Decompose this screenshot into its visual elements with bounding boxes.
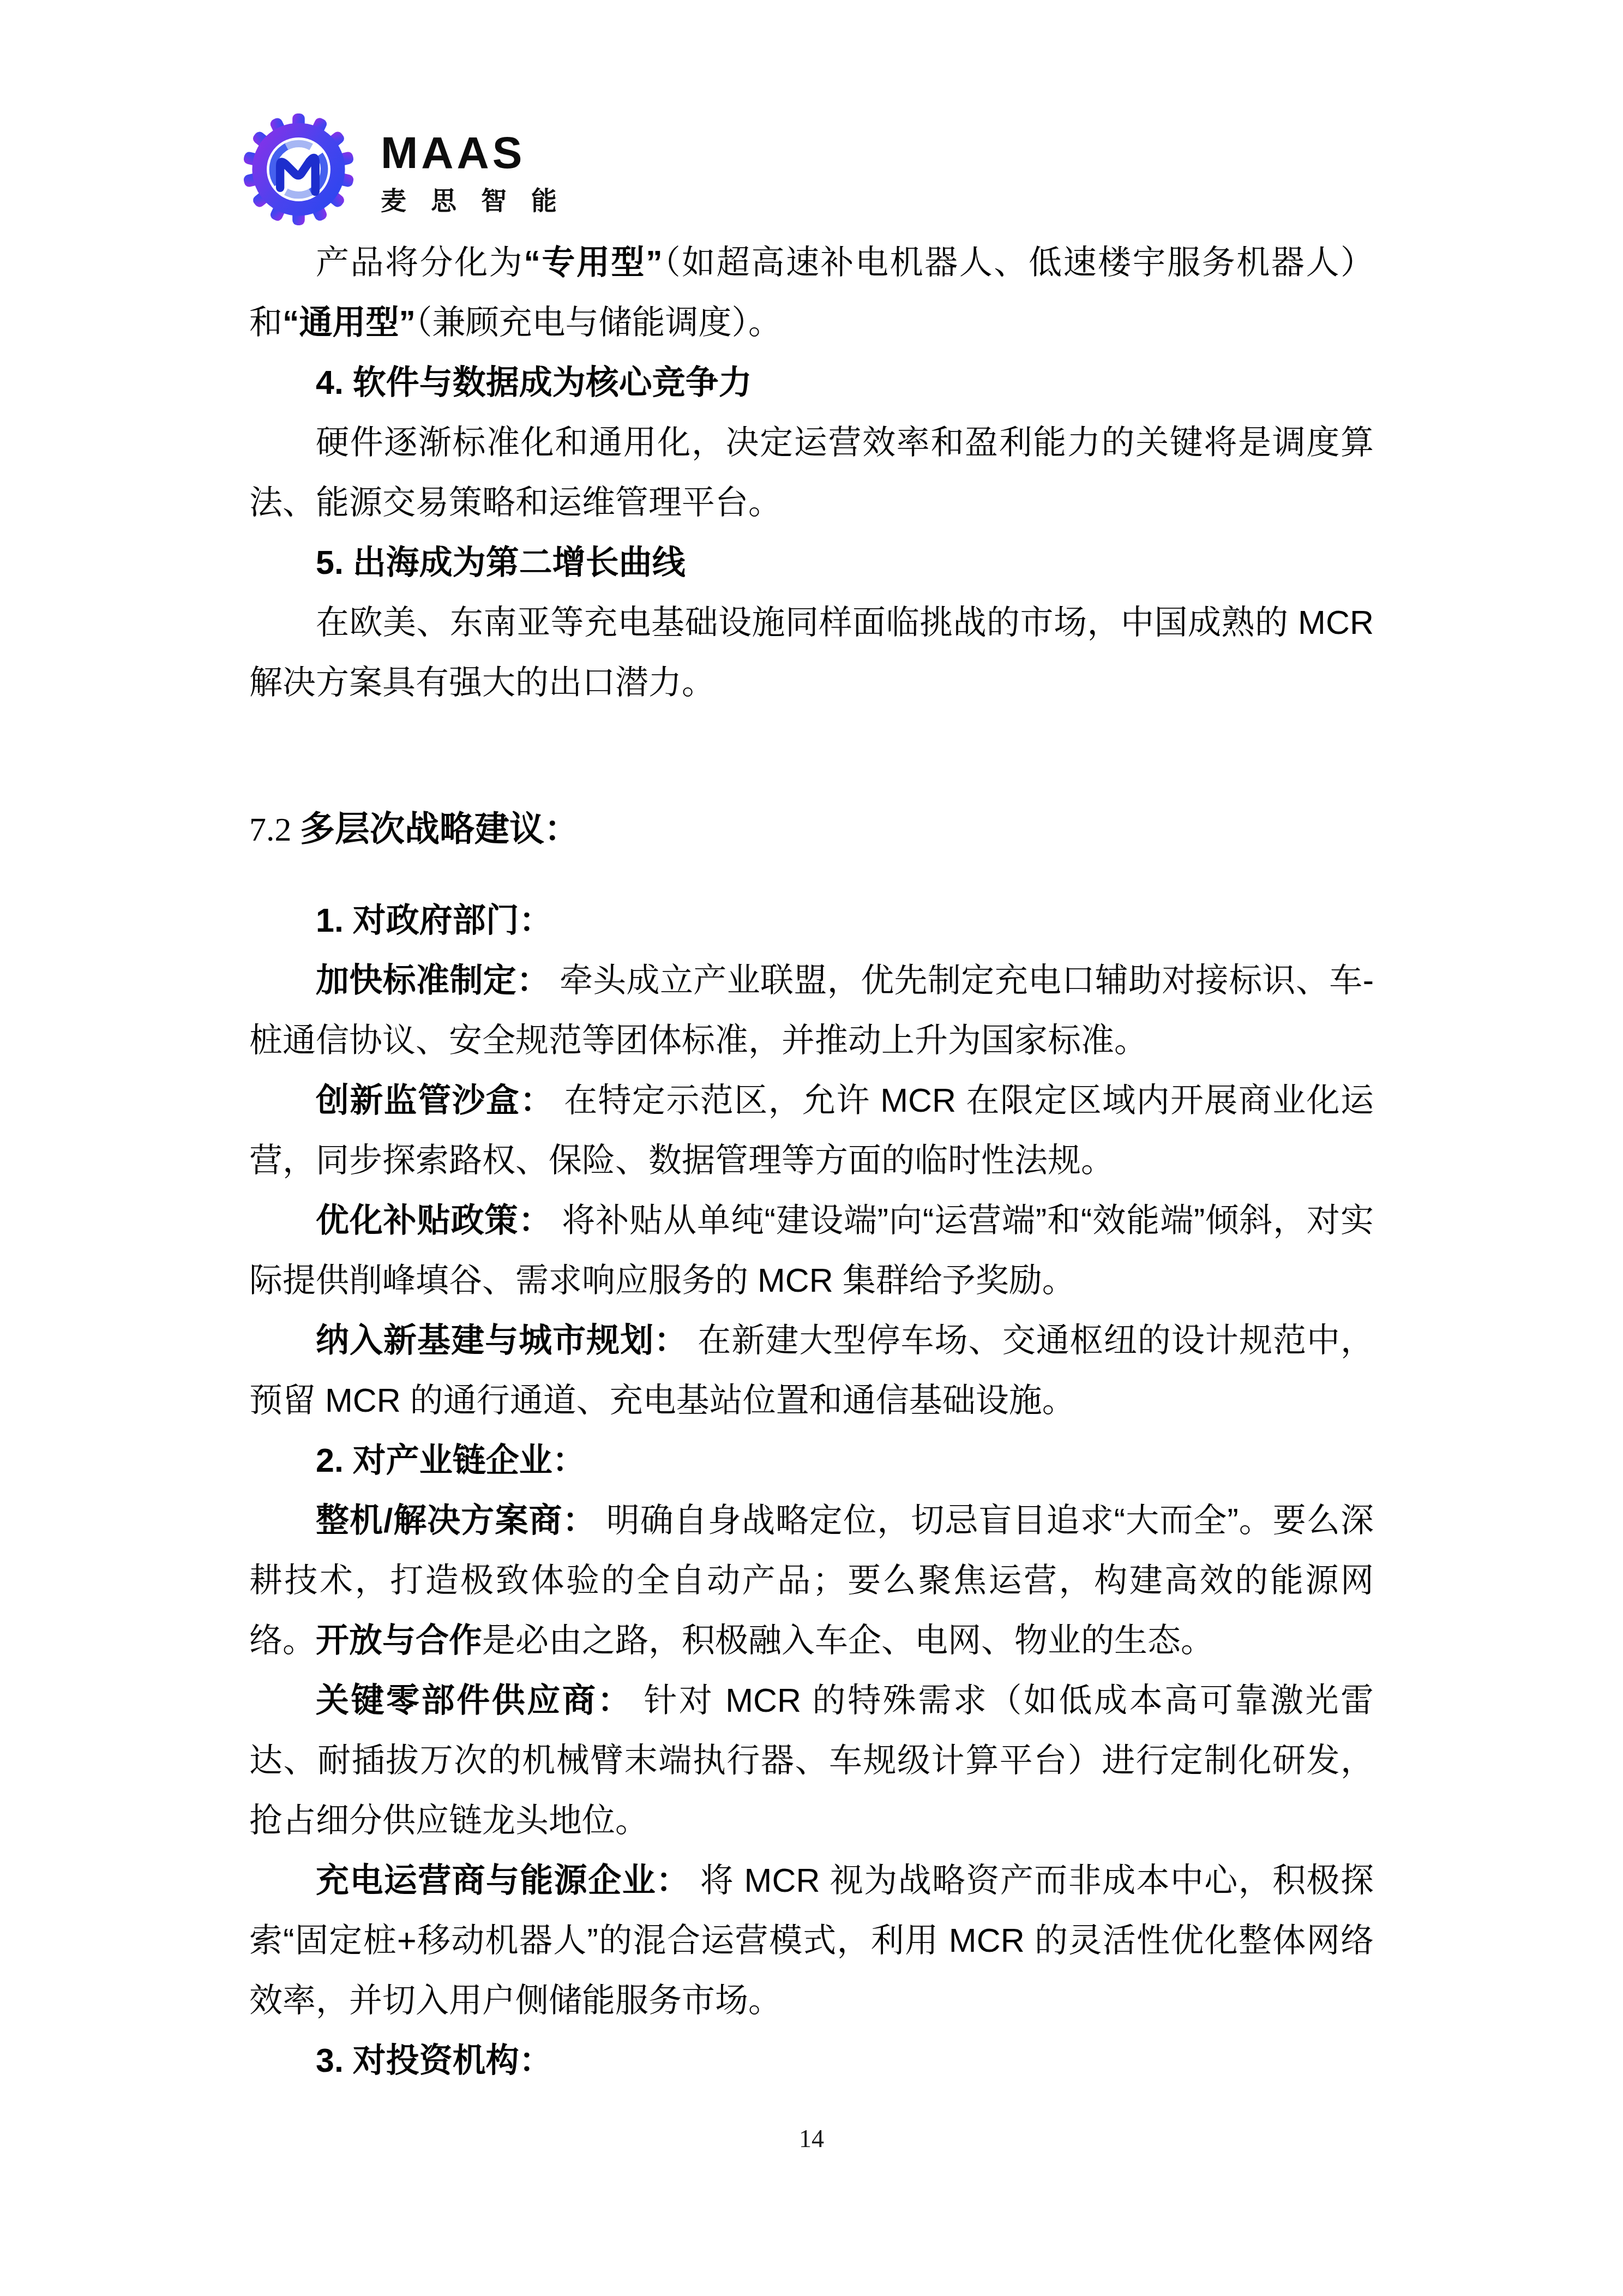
body-paragraph: 充电运营商与能源企业： 将 MCR 视为战略资产而非成本中心，积极探索“固定桩+… [249, 1850, 1374, 2030]
section-number: 7.2 [249, 811, 300, 848]
body-paragraph: 优化补贴政策： 将补贴从单纯“建设端”向“运营端”和“效能端”倾斜，对实际提供削… [249, 1190, 1374, 1310]
body-paragraph: 创新监管沙盒： 在特定示范区，允许 MCR 在限定区域内开展商业化运营，同步探索… [249, 1070, 1374, 1190]
logo-text-block: MAAS 麦思智能 [381, 113, 581, 213]
section-heading: 7.2 多层次战略建议： [249, 799, 1374, 860]
document-page: MAAS 麦思智能 产品将分化为“专用型”（如超高速补电机器人、低速楼宇服务机器… [0, 0, 1623, 2296]
section-title: 多层次战略建议： [300, 809, 579, 848]
body-paragraph: 产品将分化为“专用型”（如超高速补电机器人、低速楼宇服务机器人）和“通用型”（兼… [249, 232, 1374, 352]
body-paragraph: 加快标准制定： 牵头成立产业联盟，优先制定充电口辅助对接标识、车-桩通信协议、安… [249, 950, 1374, 1070]
body-paragraph: 纳入新基建与城市规划： 在新建大型停车场、交通枢纽的设计规范中，预留 MCR 的… [249, 1310, 1374, 1430]
heading-line: 1. 对政府部门： [249, 890, 1374, 950]
gear-logo-icon [243, 113, 354, 225]
body-paragraph: 硬件逐渐标准化和通用化，决定运营效率和盈利能力的关键将是调度算法、能源交易策略和… [249, 412, 1374, 532]
brand-subtitle: 麦思智能 [381, 188, 581, 213]
body-paragraph: 关键零部件供应商： 针对 MCR 的特殊需求（如低成本高可靠激光雷达、耐插拔万次… [249, 1670, 1374, 1850]
gear-icon [243, 113, 354, 225]
brand-wordmark: MAAS [381, 131, 581, 176]
body-paragraph: 整机/解决方案商： 明确自身战略定位，切忌盲目追求“大而全”。要么深耕技术，打造… [249, 1490, 1374, 1670]
document-body: 产品将分化为“专用型”（如超高速补电机器人、低速楼宇服务机器人）和“通用型”（兼… [249, 232, 1374, 2090]
heading-line: 2. 对产业链企业： [249, 1430, 1374, 1490]
page-number: 14 [0, 2124, 1623, 2153]
heading-line: 3. 对投资机构： [249, 2030, 1374, 2090]
heading-line: 4. 软件与数据成为核心竞争力 [249, 352, 1374, 412]
heading-line: 5. 出海成为第二增长曲线 [249, 532, 1374, 592]
maas-logo: MAAS 麦思智能 [243, 113, 581, 225]
body-paragraph: 在欧美、东南亚等充电基础设施同样面临挑战的市场，中国成熟的 MCR 解决方案具有… [249, 592, 1374, 712]
